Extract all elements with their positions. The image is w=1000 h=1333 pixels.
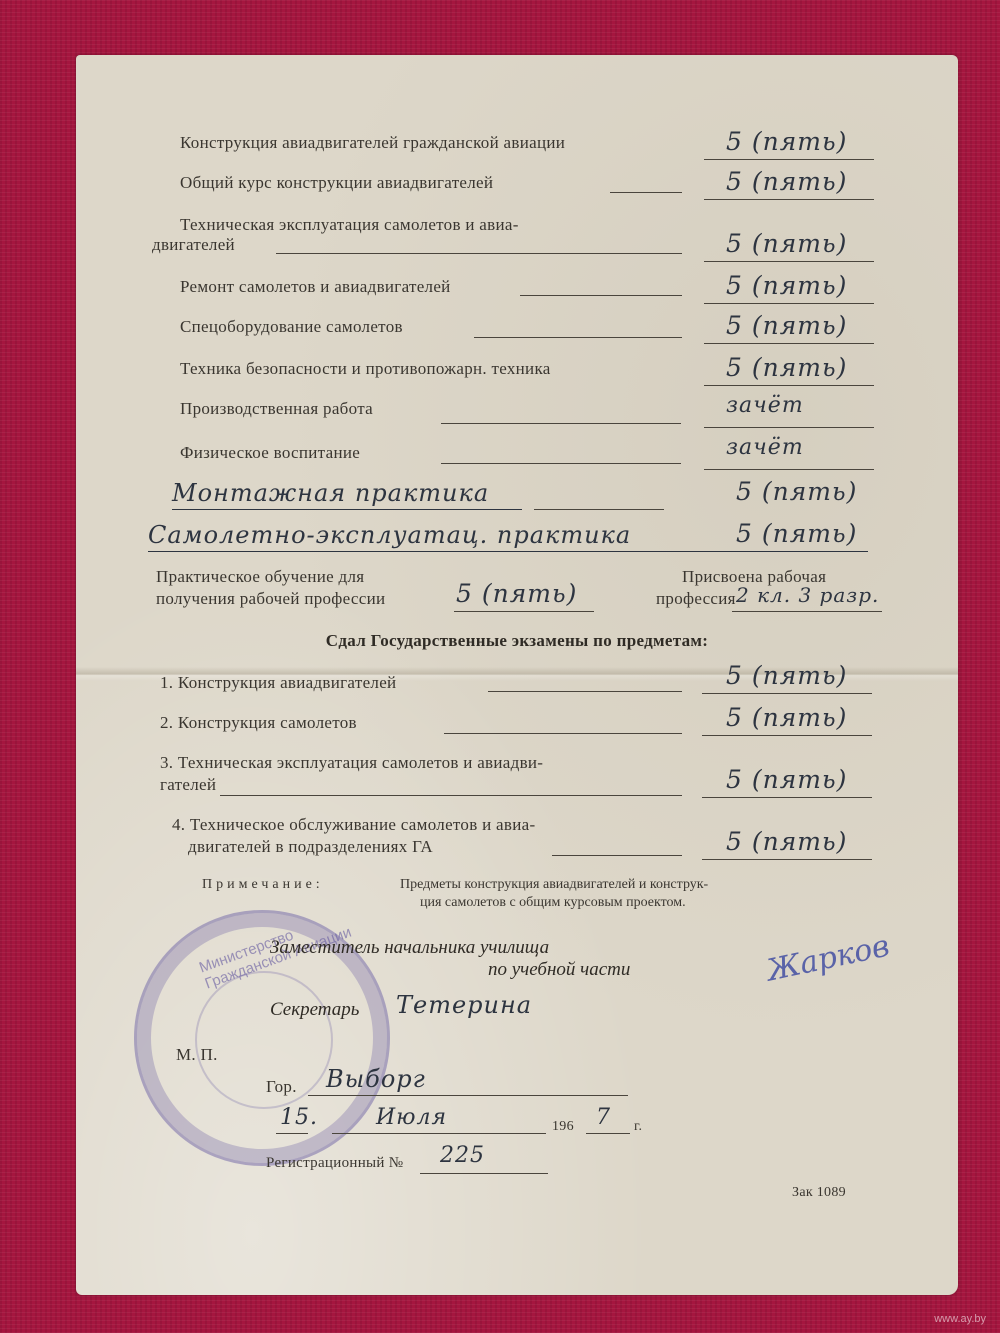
- fill-line: [148, 551, 868, 552]
- grade-line: [702, 693, 872, 694]
- note-line: Предметы конструкция авиадвигателей и ко…: [400, 877, 708, 893]
- fill-line: [474, 337, 682, 338]
- grade-line: [704, 261, 874, 262]
- subject-grade: 5 (пять): [726, 271, 847, 300]
- date-month: Июля: [376, 1105, 447, 1130]
- subject-grade: 5 (пять): [726, 311, 847, 340]
- subject-label: Общий курс конструкции авиадвигателей: [180, 173, 493, 193]
- profession-label-cont: профессия: [656, 589, 736, 609]
- subject-label: Техника безопасности и противопожарн. те…: [180, 359, 551, 379]
- fill-line: [441, 463, 681, 464]
- year-suffix: 7: [596, 1105, 611, 1130]
- fill-line: [534, 509, 664, 510]
- city-label: Гор.: [266, 1077, 297, 1097]
- subject-grade: 5 (пять): [726, 353, 847, 382]
- subject-label: Производственная работа: [180, 399, 373, 419]
- grade-line: [702, 735, 872, 736]
- grade-line: [702, 797, 872, 798]
- grade-line: [454, 611, 594, 612]
- city-value: Выборг: [326, 1065, 426, 1093]
- day-line: [276, 1133, 308, 1134]
- grade-line: [704, 469, 874, 470]
- exam-label: 1. Конструкция авиадвигателей: [160, 673, 396, 693]
- secretary-label: Секретарь: [270, 999, 359, 1021]
- registration-label: Регистрационный №: [266, 1155, 403, 1172]
- handwritten-subject: Самолетно-эксплуатац. практика: [148, 521, 631, 549]
- exam-label: 2. Конструкция самолетов: [160, 713, 357, 733]
- state-exams-heading: Сдал Государственные экзамены по предмет…: [76, 631, 958, 651]
- watermark: www.ay.by: [934, 1313, 986, 1325]
- exam-label-cont: гателей: [160, 775, 216, 795]
- secretary-signature: Тетерина: [396, 991, 532, 1019]
- stamp-emblem: [195, 971, 333, 1109]
- grade-line: [704, 385, 874, 386]
- practical-label: Практическое обучение для: [156, 567, 364, 587]
- subject-grade: зачёт: [726, 435, 804, 460]
- order-number: Зак 1089: [792, 1185, 846, 1201]
- fill-line: [220, 795, 682, 796]
- subject-label: Ремонт самолетов и авиадвигателей: [180, 277, 451, 297]
- grade-line: [704, 343, 874, 344]
- fill-line: [552, 855, 682, 856]
- grade-line: [704, 303, 874, 304]
- seal-label: М. П.: [176, 1045, 218, 1065]
- grade-line: [704, 159, 874, 160]
- city-line: [308, 1095, 628, 1096]
- exam-label: 4. Техническое обслуживание самолетов и …: [172, 815, 535, 835]
- date-day: 15.: [280, 1105, 318, 1130]
- subject-grade: 5 (пять): [726, 229, 847, 258]
- handwritten-grade: 5 (пять): [736, 519, 857, 548]
- registration-line: [420, 1173, 548, 1174]
- subject-label-cont: двигателей: [152, 235, 235, 255]
- exam-label-cont: двигателей в подразделениях ГА: [188, 837, 433, 857]
- fill-line: [610, 192, 682, 193]
- fill-line: [172, 509, 522, 510]
- profession-value: 2 кл. 3 разр.: [736, 583, 879, 607]
- deputy-title-cont: по учебной части: [488, 959, 630, 981]
- grade-line: [702, 859, 872, 860]
- subject-label: Физическое воспитание: [180, 443, 360, 463]
- deputy-title: Заместитель начальника училища: [270, 937, 549, 959]
- practical-grade: 5 (пять): [456, 579, 577, 608]
- registration-value: 225: [440, 1143, 485, 1168]
- exam-grade: 5 (пять): [726, 827, 847, 856]
- exam-label: 3. Техническая эксплуатация самолетов и …: [160, 753, 543, 773]
- subject-label: Конструкция авиадвигателей гражданской а…: [180, 133, 565, 153]
- subject-label: Техническая эксплуатация самолетов и ави…: [180, 215, 519, 235]
- handwritten-subject: Монтажная практика: [172, 479, 489, 507]
- exam-grade: 5 (пять): [726, 661, 847, 690]
- practical-label-cont: получения рабочей профессии: [156, 589, 385, 609]
- year-prefix: 196: [552, 1119, 574, 1135]
- grade-line: [704, 427, 874, 428]
- fill-line: [444, 733, 682, 734]
- subject-grade: 5 (пять): [726, 167, 847, 196]
- fill-line: [488, 691, 682, 692]
- note-line: ция самолетов с общим курсовым проектом.: [420, 895, 686, 911]
- exam-grade: 5 (пять): [726, 703, 847, 732]
- year-line: [586, 1133, 630, 1134]
- year-label: г.: [634, 1119, 642, 1135]
- certificate-sheet: Конструкция авиадвигателей гражданской а…: [76, 55, 958, 1295]
- fill-line: [276, 253, 682, 254]
- deputy-signature: Жарков: [764, 928, 893, 988]
- month-line: [332, 1133, 546, 1134]
- note-title: Примечание:: [202, 877, 324, 893]
- subject-grade: зачёт: [726, 393, 804, 418]
- fill-line: [441, 423, 681, 424]
- grade-line: [704, 199, 874, 200]
- fill-line: [520, 295, 682, 296]
- profession-line: [732, 611, 882, 612]
- handwritten-grade: 5 (пять): [736, 477, 857, 506]
- exam-grade: 5 (пять): [726, 765, 847, 794]
- subject-label: Спецоборудование самолетов: [180, 317, 403, 337]
- subject-grade: 5 (пять): [726, 127, 847, 156]
